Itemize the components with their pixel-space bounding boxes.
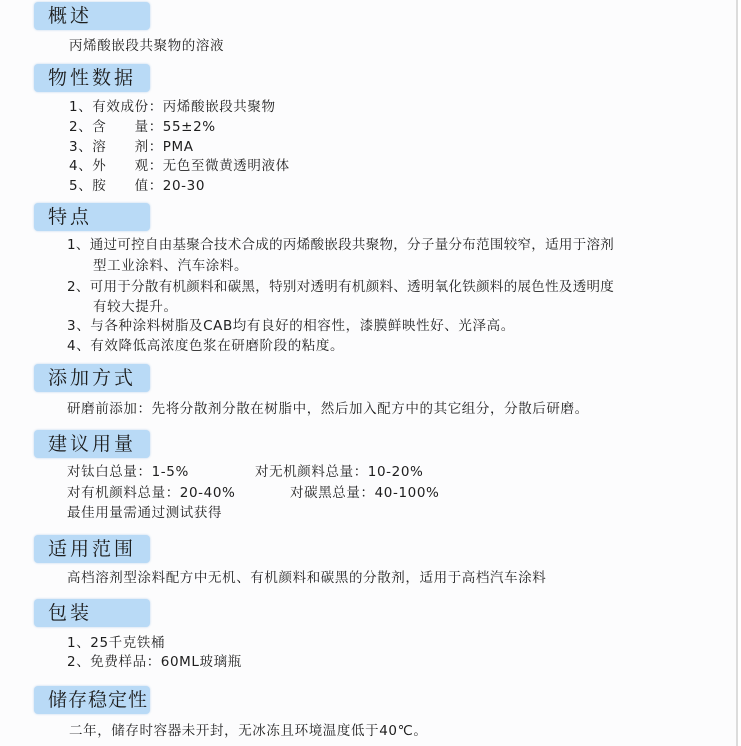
property-item: 5、胺 值：20-30 xyxy=(69,177,205,195)
dosage-titanium: 对钛白总量：1-5% xyxy=(67,463,189,481)
property-item: 3、溶 剂：PMA xyxy=(69,138,194,156)
section-header-addition-method: 添加方式 xyxy=(34,364,150,392)
property-item: 2、含 量：55±2% xyxy=(69,118,216,136)
dosage-note: 最佳用量需通过测试获得 xyxy=(67,504,222,522)
section-header-packaging: 包装 xyxy=(34,599,150,627)
overview-text: 丙烯酸嵌段共聚物的溶液 xyxy=(69,37,224,55)
property-item: 1、有效成份：丙烯酸嵌段共聚物 xyxy=(69,98,276,116)
dosage-inorganic-pigment: 对无机颜料总量：10-20% xyxy=(255,463,423,481)
section-header-overview: 概述 xyxy=(34,2,150,30)
feature-item: 3、与各种涂料树脂及CAB均有良好的相容性，漆膜鲜映性好、光泽高。 xyxy=(67,317,515,335)
section-header-application-scope: 适用范围 xyxy=(34,535,150,563)
feature-item: 2、可用于分散有机颜料和碳黑，特别对透明有机颜料、透明氧化铁颜料的展色性及透明度 xyxy=(67,278,614,296)
packaging-item: 2、免费样品：60ML玻璃瓶 xyxy=(67,653,242,671)
addition-method-text: 研磨前添加：先将分散剂分散在树脂中，然后加入配方中的其它组分，分散后研磨。 xyxy=(67,400,589,418)
feature-item: 4、有效降低高浓度色浆在研磨阶段的粘度。 xyxy=(67,337,344,355)
application-scope-text: 高档溶剂型涂料配方中无机、有机颜料和碳黑的分散剂，适用于高档汽车涂料 xyxy=(67,569,546,587)
section-header-features: 特点 xyxy=(34,203,150,231)
storage-stability-text: 二年，储存时容器未开封，无冰冻且环境温度低于40℃。 xyxy=(69,722,427,740)
section-header-properties: 物性数据 xyxy=(34,64,150,92)
feature-item-continuation: 有较大提升。 xyxy=(93,298,178,316)
property-item: 4、外 观：无色至微黄透明液体 xyxy=(69,157,290,175)
section-header-recommended-dosage: 建议用量 xyxy=(34,430,150,458)
section-header-storage-stability: 储存稳定性 xyxy=(34,686,150,714)
feature-item: 1、通过可控自由基聚合技术合成的丙烯酸嵌段共聚物，分子量分布范围较窄，适用于溶剂 xyxy=(67,236,614,254)
dosage-organic-pigment: 对有机颜料总量：20-40% xyxy=(67,484,235,502)
dosage-carbon-black: 对碳黑总量：40-100% xyxy=(290,484,439,502)
packaging-item: 1、25千克铁桶 xyxy=(67,634,165,652)
feature-item-continuation: 型工业涂料、汽车涂料。 xyxy=(93,257,248,275)
